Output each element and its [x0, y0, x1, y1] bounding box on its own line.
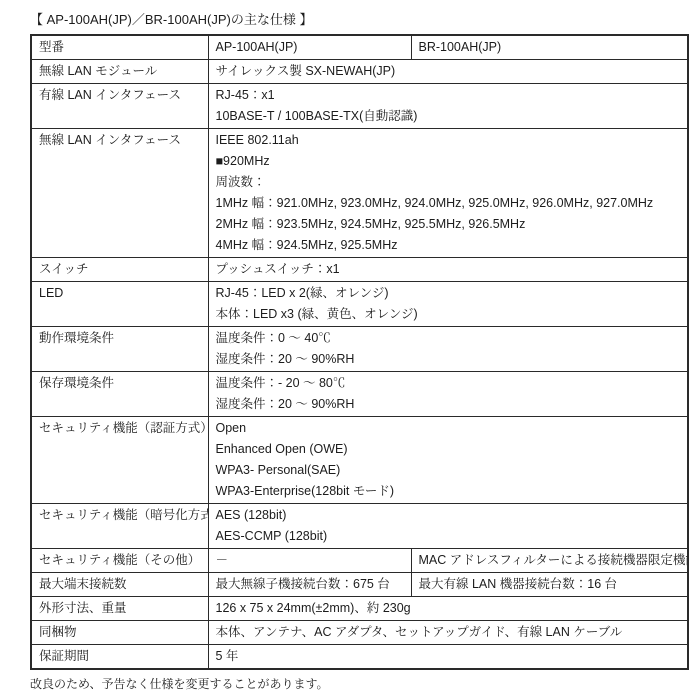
table-row: 無線 LAN モジュールサイレックス製 SX-NEWAH(JP) [31, 60, 688, 84]
table-row: LEDRJ-45：LED x 2(緑、オレンジ)本体：LED x3 (緑、黄色、… [31, 282, 688, 327]
spec-table: 型番AP-100AH(JP)BR-100AH(JP)無線 LAN モジュールサイ… [30, 34, 689, 670]
row-label: 無線 LAN インタフェース [31, 129, 208, 258]
row-value-cell: OpenEnhanced Open (OWE)WPA3- Personal(SA… [208, 417, 688, 504]
table-row: セキュリティ機能（暗号化方式）AES (128bit)AES-CCMP (128… [31, 504, 688, 549]
value-line: サイレックス製 SX-NEWAH(JP) [216, 61, 681, 82]
table-row: 最大端末接続数最大無線子機接続台数：675 台最大有線 LAN 機器接続台数：1… [31, 573, 688, 597]
row-value-cell: 温度条件：- 20 ～ 80℃湿度条件：20 ～ 90%RH [208, 372, 688, 417]
value-line: 湿度条件：20 ～ 90%RH [216, 394, 681, 415]
row-label: 外形寸法、重量 [31, 597, 208, 621]
table-row: 型番AP-100AH(JP)BR-100AH(JP) [31, 35, 688, 60]
row-value-cell: 126 x 75 x 24mm(±2mm)、約 230g [208, 597, 688, 621]
value-line: 湿度条件：20 ～ 90%RH [216, 349, 681, 370]
value-line: RJ-45：LED x 2(緑、オレンジ) [216, 283, 681, 304]
row-value-cell: 本体、アンテナ、AC アダプタ、セットアップガイド、有線 LAN ケーブル [208, 621, 688, 645]
row-value-cell: IEEE 802.11ah■920MHz周波数：1MHz 幅：921.0MHz,… [208, 129, 688, 258]
row-value-cell: BR-100AH(JP) [411, 35, 688, 60]
value-line: Open [216, 418, 681, 439]
value-line: AES-CCMP (128bit) [216, 526, 681, 547]
row-value-cell: 最大有線 LAN 機器接続台数：16 台 [411, 573, 688, 597]
value-line: WPA3- Personal(SAE) [216, 460, 681, 481]
spec-table-body: 型番AP-100AH(JP)BR-100AH(JP)無線 LAN モジュールサイ… [31, 35, 688, 669]
row-label: セキュリティ機能（認証方式） [31, 417, 208, 504]
row-label: 有線 LAN インタフェース [31, 84, 208, 129]
value-line: 本体：LED x3 (緑、黄色、オレンジ) [216, 304, 681, 325]
row-label: セキュリティ機能（その他） [31, 549, 208, 573]
table-row: スイッチプッシュスイッチ：x1 [31, 258, 688, 282]
row-label: 保存環境条件 [31, 372, 208, 417]
value-line: RJ-45：x1 [216, 85, 681, 106]
table-row: 動作環境条件温度条件：0 ～ 40℃湿度条件：20 ～ 90%RH [31, 327, 688, 372]
value-line: 周波数： [216, 172, 681, 193]
table-row: 外形寸法、重量126 x 75 x 24mm(±2mm)、約 230g [31, 597, 688, 621]
row-value-cell: プッシュスイッチ：x1 [208, 258, 688, 282]
table-row: 保存環境条件温度条件：- 20 ～ 80℃湿度条件：20 ～ 90%RH [31, 372, 688, 417]
row-label: LED [31, 282, 208, 327]
row-label: 保証期間 [31, 645, 208, 670]
row-value-cell: サイレックス製 SX-NEWAH(JP) [208, 60, 688, 84]
row-value-cell: 5 年 [208, 645, 688, 670]
value-line: 4MHz 幅：924.5MHz, 925.5MHz [216, 235, 681, 256]
value-line: 温度条件：0 ～ 40℃ [216, 328, 681, 349]
value-line: 10BASE-T / 100BASE-TX(自動認識) [216, 106, 681, 127]
row-value-cell: RJ-45：x110BASE-T / 100BASE-TX(自動認識) [208, 84, 688, 129]
value-line: 126 x 75 x 24mm(±2mm)、約 230g [216, 598, 681, 619]
table-row: セキュリティ機能（認証方式）OpenEnhanced Open (OWE)WPA… [31, 417, 688, 504]
row-value-cell: MAC アドレスフィルターによる接続機器限定機能 [411, 549, 688, 573]
row-label: 同梱物 [31, 621, 208, 645]
value-line: 1MHz 幅：921.0MHz, 923.0MHz, 924.0MHz, 925… [216, 193, 681, 214]
value-line: WPA3-Enterprise(128bit モード) [216, 481, 681, 502]
row-value-cell: 最大無線子機接続台数：675 台 [208, 573, 411, 597]
row-label: 無線 LAN モジュール [31, 60, 208, 84]
row-value-cell: 温度条件：0 ～ 40℃湿度条件：20 ～ 90%RH [208, 327, 688, 372]
row-value-cell: RJ-45：LED x 2(緑、オレンジ)本体：LED x3 (緑、黄色、オレン… [208, 282, 688, 327]
table-row: セキュリティ機能（その他）－MAC アドレスフィルターによる接続機器限定機能 [31, 549, 688, 573]
row-label: 最大端末接続数 [31, 573, 208, 597]
value-line: AES (128bit) [216, 505, 681, 526]
value-line: 5 年 [216, 646, 681, 667]
value-line: プッシュスイッチ：x1 [216, 259, 681, 280]
row-label: 動作環境条件 [31, 327, 208, 372]
row-value-cell: AP-100AH(JP) [208, 35, 411, 60]
table-row: 有線 LAN インタフェースRJ-45：x110BASE-T / 100BASE… [31, 84, 688, 129]
spec-sheet-page: 【 AP-100AH(JP)／BR-100AH(JP)の主な仕様 】 型番AP-… [0, 0, 700, 692]
value-line: IEEE 802.11ah [216, 130, 681, 151]
row-label: スイッチ [31, 258, 208, 282]
table-row: 保証期間5 年 [31, 645, 688, 670]
value-line: 温度条件：- 20 ～ 80℃ [216, 373, 681, 394]
row-label: セキュリティ機能（暗号化方式） [31, 504, 208, 549]
row-label: 型番 [31, 35, 208, 60]
value-line: ■920MHz [216, 151, 681, 172]
table-row: 同梱物本体、アンテナ、AC アダプタ、セットアップガイド、有線 LAN ケーブル [31, 621, 688, 645]
table-row: 無線 LAN インタフェースIEEE 802.11ah■920MHz周波数：1M… [31, 129, 688, 258]
value-line: Enhanced Open (OWE) [216, 439, 681, 460]
value-line: 2MHz 幅：923.5MHz, 924.5MHz, 925.5MHz, 926… [216, 214, 681, 235]
value-line: 本体、アンテナ、AC アダプタ、セットアップガイド、有線 LAN ケーブル [216, 622, 681, 643]
page-title: 【 AP-100AH(JP)／BR-100AH(JP)の主な仕様 】 [30, 11, 687, 28]
row-value-cell: － [208, 549, 411, 573]
row-value-cell: AES (128bit)AES-CCMP (128bit) [208, 504, 688, 549]
